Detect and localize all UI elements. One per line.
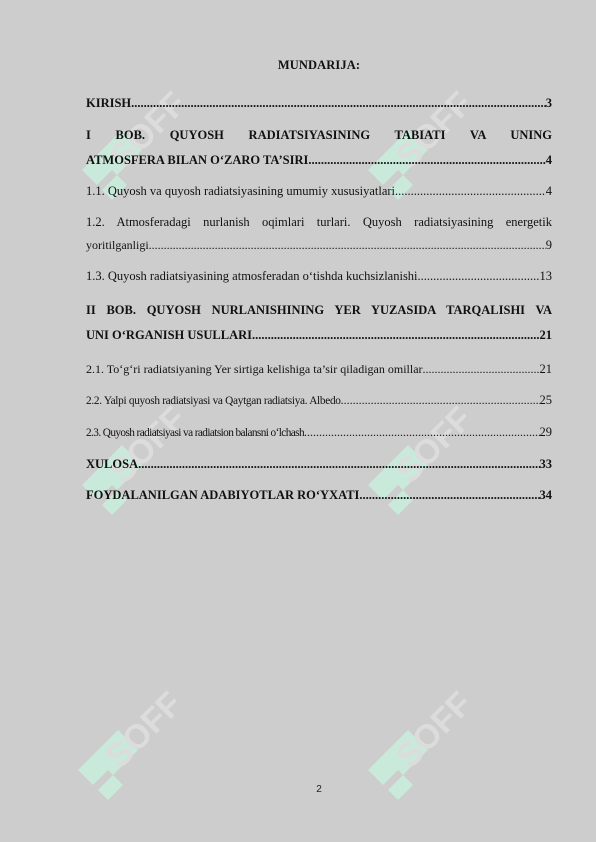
toc-entry-1-2-line1[interactable]: 1.2. Atmosferadagi nurlanish oqimlari tu… bbox=[86, 214, 552, 230]
toc-leader-dots bbox=[341, 392, 540, 408]
toc-entry-chapter-2-line1[interactable]: II BOB. QUYOSH NURLANISHINING YER YUZASI… bbox=[86, 302, 552, 318]
document-page: MUNDARIJA: KIRISH 3 I BOB. QUYOSH RADIAT… bbox=[86, 0, 552, 842]
toc-entry-xulosa[interactable]: XULOSA 33 bbox=[86, 456, 552, 472]
toc-entry-label: 2.1. To‘g‘ri radiatsiyaning Yer sirtiga … bbox=[86, 361, 423, 377]
toc-leader-dots bbox=[131, 95, 546, 111]
toc-leader-dots bbox=[138, 456, 539, 472]
toc-entry-chapter-1[interactable]: ATMOSFERA BILAN O‘ZARO TA’SIRI 4 bbox=[86, 152, 552, 168]
toc-entry-page: 29 bbox=[540, 424, 553, 440]
toc-entry-bibliography[interactable]: FOYDALANILGAN ADABIYOTLAR RO‘YXATI 34 bbox=[86, 487, 552, 503]
toc-entry-page: 25 bbox=[540, 392, 553, 408]
toc-entry-2-3[interactable]: 2.3. Quyosh radiatsiyasi va radiatsion b… bbox=[86, 424, 552, 441]
toc-leader-dots bbox=[423, 361, 540, 377]
toc-entry-page: 21 bbox=[540, 361, 553, 377]
toc-entry-label: XULOSA bbox=[86, 456, 138, 472]
toc-entry-page: 33 bbox=[540, 456, 553, 472]
toc-entry-page: 3 bbox=[546, 95, 552, 111]
toc-leader-dots bbox=[304, 424, 539, 440]
toc-entry-page: 34 bbox=[540, 487, 553, 503]
toc-entry-2-2[interactable]: 2.2. Yalpi quyosh radiatsiyasi va Qaytga… bbox=[86, 392, 552, 409]
toc-entry-label: ATMOSFERA BILAN O‘ZARO TA’SIRI bbox=[86, 152, 308, 168]
toc-entry-label: yoritilganligi bbox=[86, 237, 149, 253]
toc-leader-dots bbox=[359, 487, 539, 503]
toc-entry-label: 1.1. Quyosh va quyosh radiatsiyasining u… bbox=[86, 183, 395, 199]
toc-entry-page: 21 bbox=[540, 327, 553, 343]
toc-entry-1-2[interactable]: yoritilganligi 9 bbox=[86, 237, 552, 253]
toc-entry-label: 2.2. Yalpi quyosh radiatsiyasi va Qaytga… bbox=[86, 393, 341, 409]
toc-entry-label: 1.3. Quyosh radiatsiyasining atmosferada… bbox=[86, 268, 418, 284]
page-title: MUNDARIJA: bbox=[86, 58, 552, 73]
toc-entry-chapter-1-line1[interactable]: I BOB. QUYOSH RADIATSIYASINING TABIATI V… bbox=[86, 127, 552, 143]
page-number: 2 bbox=[86, 784, 552, 795]
toc-entry-label: 2.3. Quyosh radiatsiyasi va radiatsion b… bbox=[86, 425, 304, 441]
toc-leader-dots bbox=[395, 183, 546, 199]
toc-entry-2-1[interactable]: 2.1. To‘g‘ri radiatsiyaning Yer sirtiga … bbox=[86, 361, 552, 377]
toc-entry-1-1[interactable]: 1.1. Quyosh va quyosh radiatsiyasining u… bbox=[86, 183, 552, 199]
toc-entry-label: UNI O‘RGANISH USULLARI bbox=[86, 327, 252, 343]
toc-entry-page: 4 bbox=[546, 183, 552, 199]
toc-leader-dots bbox=[308, 152, 545, 168]
toc-entry-label: KIRISH bbox=[86, 95, 131, 111]
toc-leader-dots bbox=[418, 268, 540, 284]
toc-entry-label: FOYDALANILGAN ADABIYOTLAR RO‘YXATI bbox=[86, 487, 359, 503]
toc-entry-page: 13 bbox=[540, 268, 553, 284]
toc-leader-dots bbox=[149, 237, 546, 253]
toc-entry-chapter-2[interactable]: UNI O‘RGANISH USULLARI 21 bbox=[86, 327, 552, 343]
toc-entry-page: 9 bbox=[546, 237, 552, 253]
toc-entry-1-3[interactable]: 1.3. Quyosh radiatsiyasining atmosferada… bbox=[86, 268, 552, 284]
toc-leader-dots bbox=[252, 327, 540, 343]
toc-entry-kirish[interactable]: KIRISH 3 bbox=[86, 95, 552, 111]
toc-entry-page: 4 bbox=[546, 152, 552, 168]
